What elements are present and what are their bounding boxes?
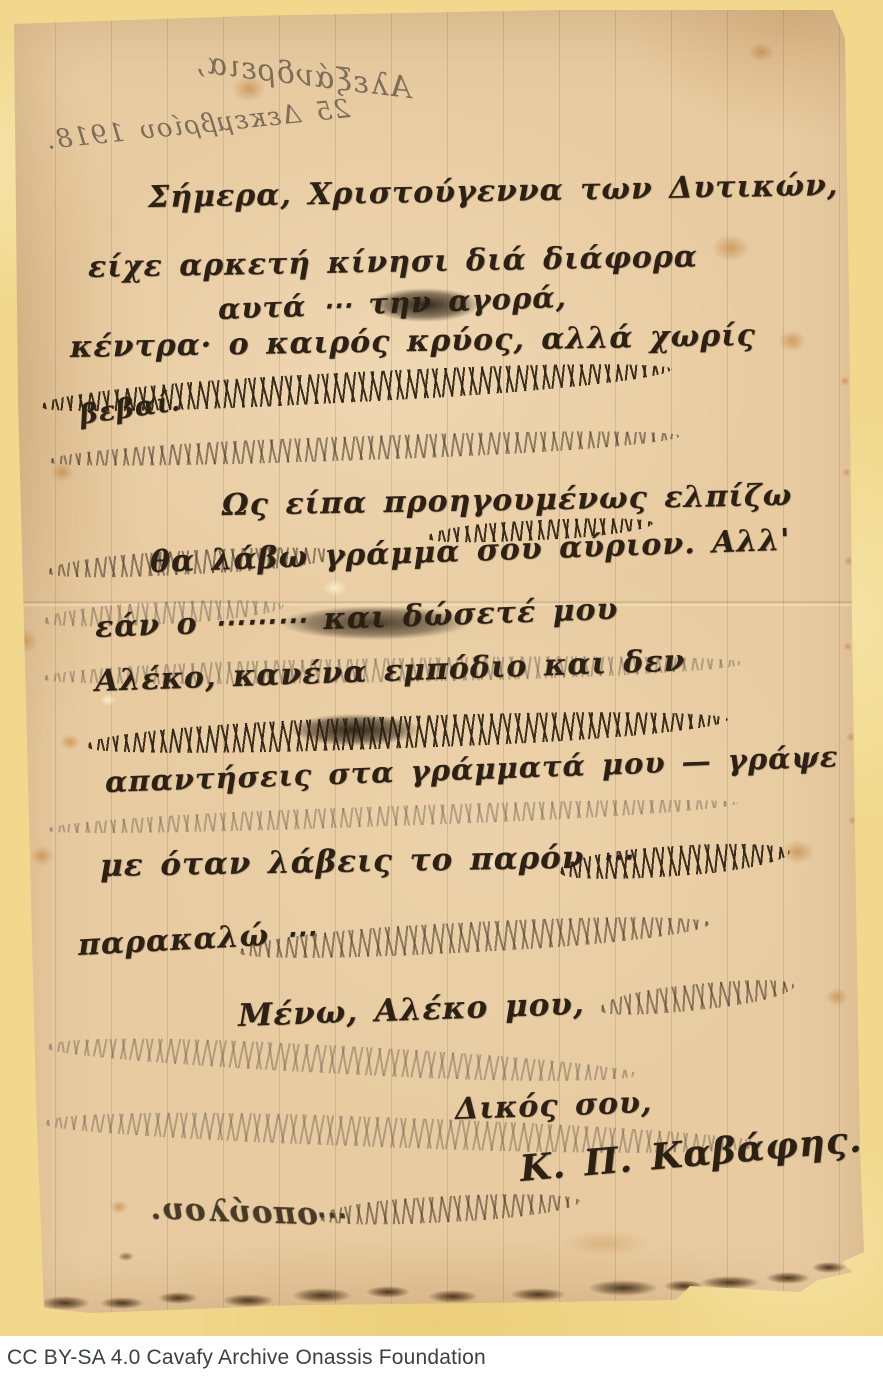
letter-page: Αλεξάνδρεια, 25 Δεκεμβρίου 1918. Σήμερα,…	[0, 0, 883, 1336]
ink-blot	[290, 714, 420, 746]
archival-scan: Αλεξάνδρεια, 25 Δεκεμβρίου 1918. Σήμερα,…	[0, 0, 883, 1379]
license-caption-bar: CC BY-SA 4.0 Cavafy Archive Onassis Foun…	[0, 1336, 883, 1379]
ink-blot	[280, 606, 470, 640]
verso-bleedthrough-name: ⋯οπούλου.	[149, 1191, 350, 1234]
ink-blot	[370, 288, 480, 322]
license-caption-text: CC BY-SA 4.0 Cavafy Archive Onassis Foun…	[7, 1346, 486, 1370]
